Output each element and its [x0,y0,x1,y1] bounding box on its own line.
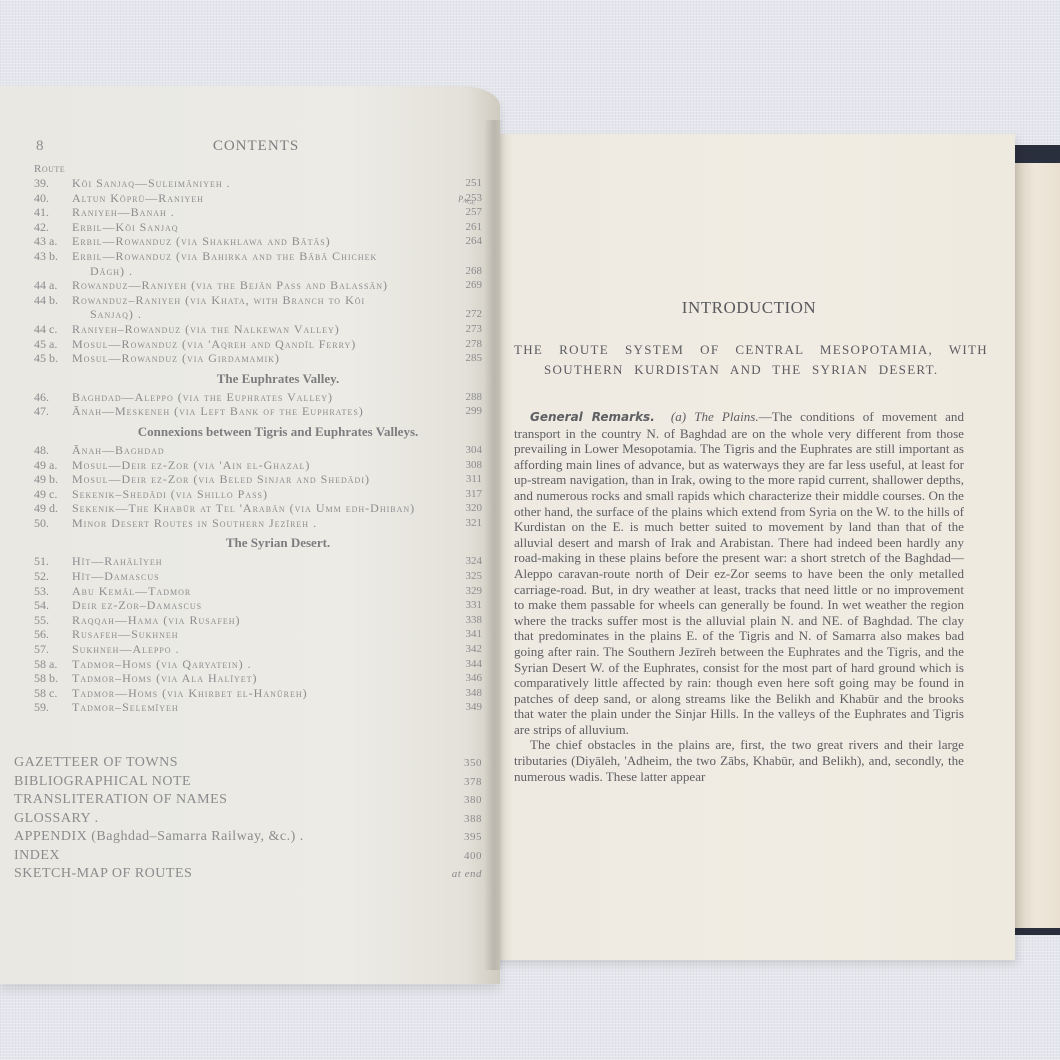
route-name: Erbil—Rowanduz (via Bahirka and the Bābā… [72,249,377,264]
back-matter-name: SKETCH-MAP OF ROUTES [14,866,192,881]
book-page-edges [1015,163,1060,928]
back-matter-entry: GLOSSARY .388 [14,810,482,829]
section-heading: THE ROUTE SYSTEM OF CENTRAL MESOPOTAMIA,… [514,340,988,380]
chapter-title: INTRODUCTION [514,298,984,318]
back-matter-name: GAZETTEER OF TOWNS [14,755,178,770]
route-number: 58 b. [34,671,70,686]
route-number: 44 b. [34,293,70,308]
route-number: 40. [34,191,70,206]
back-matter-name: APPENDIX (Baghdad–Samarra Railway, &c.) … [14,829,304,844]
page-ref: 273 [466,322,483,337]
toc-entry: 49 c.Sekenik–Shedādi (via Shillo Pass)31… [34,487,482,502]
route-number: 52. [34,569,70,584]
route-name: Rusafeh—Sukhneh [72,627,179,642]
route-name: Baghdad—Aleppo (via the Euphrates Valley… [72,390,333,405]
back-matter-name: INDEX [14,848,60,863]
route-name: Abu Kemāl—Tadmor [72,584,191,599]
route-number: 58 a. [34,657,70,672]
toc-entry: Dāgh) .268 [34,264,482,279]
toc-entry: 52.Hīt—Damascus325 [34,569,482,584]
back-matter-name: BIBLIOGRAPHICAL NOTE [14,774,191,789]
page-ref: 325 [466,569,483,584]
route-name: Sukhneh—Aleppo . [72,642,180,657]
route-number: 43 b. [34,249,70,264]
paragraph-2: The chief obstacles in the plains are, f… [514,737,964,784]
page-header: 8 CONTENTS [36,138,476,158]
page-ref: 400 [464,847,482,866]
page-ref: 261 [466,220,483,235]
page-ref: 346 [466,671,483,686]
toc-entry: 50.Minor Desert Routes in Southern Jezīr… [34,516,482,531]
route-number: 56. [34,627,70,642]
back-matter-entry: INDEX400 [14,847,482,866]
route-name: Erbil—Köi Sanjaq [72,220,179,235]
route-name: Minor Desert Routes in Southern Jezīreh … [72,516,317,531]
page-ref: 321 [466,516,483,531]
route-name: Dāgh) . [90,264,133,279]
toc-entry: 44 c.Raniyeh–Rowanduz (via the Nalkewan … [34,322,482,337]
route-name: Rowanduz–Raniyeh (via Khata, with Branch… [72,293,365,308]
route-column-label: Route [34,163,65,175]
toc-entry: 49 d.Sekenik—The Khabūr at Tel 'Arabān (… [34,501,482,516]
section-title: The Euphrates Valley. [34,366,482,390]
page-ref: 317 [466,487,483,502]
page-ref: 342 [466,642,483,657]
route-name: Altun Köprü—Raniyeh [72,191,204,206]
page-ref: 257 [466,205,483,220]
book-gutter [484,120,504,970]
toc-entry: 43 b.Erbil—Rowanduz (via Bahirka and the… [34,249,482,264]
route-number: 43 a. [34,234,70,249]
route-number: 50. [34,516,70,531]
route-number: 49 c. [34,487,70,502]
page-ref: 268 [466,264,483,279]
page-ref: 349 [466,700,483,715]
left-page: 8 CONTENTS Route Page 39.Köi Sanjaq—Sule… [0,86,500,984]
page-ref: 350 [464,754,482,773]
toc-entry: 44 b.Rowanduz–Raniyeh (via Khata, with B… [34,293,482,308]
toc-entry: 58 b.Tadmor–Homs (via Ala Halīyet)346 [34,671,482,686]
body-text: General Remarks. (a) The Plains.—The con… [514,409,964,784]
toc-entry: 41.Raniyeh—Banah .257 [34,205,482,220]
route-name: Mosul—Deir ez-Zor (via 'Ain el-Ghazal) [72,458,310,473]
route-name: Tadmor–Selemīyeh [72,700,179,715]
page-ref: 308 [466,458,483,473]
route-number: 45 b. [34,351,70,366]
route-name: Raniyeh–Rowanduz (via the Nalkewan Valle… [72,322,340,337]
page-ref: 285 [466,351,483,366]
route-name: Raniyeh—Banah . [72,205,175,220]
page-ref: 278 [466,337,483,352]
route-name: Köi Sanjaq—Suleimāniyeh . [72,176,231,191]
back-matter-entry: GAZETTEER OF TOWNS350 [14,754,482,773]
route-name: Mosul—Rowanduz (via Girdamamik) [72,351,280,366]
route-number: 44 c. [34,322,70,337]
page-ref: 264 [466,234,483,249]
paragraph-1-text: —The conditions of movement and transpor… [514,409,964,737]
page-ref: at end [452,865,482,884]
toc-entry: 48.Ānah—Baghdad304 [34,443,482,458]
paragraph-1: General Remarks. (a) The Plains.—The con… [514,409,964,737]
page-ref: 344 [466,657,483,672]
route-number: 49 b. [34,472,70,487]
toc-entry: 47.Ānah—Meskeneh (via Left Bank of the E… [34,404,482,419]
route-name: Hīt—Damascus [72,569,160,584]
route-number: 46. [34,390,70,405]
route-name: Mosul—Rowanduz (via 'Aqreh and Qandīl Fe… [72,337,356,352]
toc-entry: 59.Tadmor–Selemīyeh349 [34,700,482,715]
route-name: Sekenik—The Khabūr at Tel 'Arabān (via U… [72,501,415,516]
route-name: Tadmor–Homs (via Qaryatein) . [72,657,252,672]
section-title: The Syrian Desert. [34,530,482,554]
toc-entry: 43 a.Erbil—Rowanduz (via Shakhlawa and B… [34,234,482,249]
route-name: Ānah—Baghdad [72,443,165,458]
page-ref: 380 [464,791,482,810]
section-title: Connexions between Tigris and Euphrates … [34,419,482,443]
page-ref: 388 [464,810,482,829]
route-number: 49 a. [34,458,70,473]
toc-entry: 55.Raqqah—Hama (via Rusafeh)338 [34,613,482,628]
route-number: 59. [34,700,70,715]
page-ref: 251 [466,176,483,191]
route-number: 47. [34,404,70,419]
toc-entry: 56.Rusafeh—Sukhneh341 [34,627,482,642]
toc-entry: 42.Erbil—Köi Sanjaq261 [34,220,482,235]
back-matter-entry: SKETCH-MAP OF ROUTESat end [14,865,482,884]
route-number: 41. [34,205,70,220]
toc-entry: 45 a.Mosul—Rowanduz (via 'Aqreh and Qand… [34,337,482,352]
page-ref: 288 [466,390,483,405]
toc-entry: 54.Deir ez-Zor–Damascus331 [34,598,482,613]
toc-entry: Sanjaq) .272 [34,307,482,322]
page-ref: 329 [466,584,483,599]
route-number: 42. [34,220,70,235]
page-ref: 299 [466,404,483,419]
table-of-contents: 8 CONTENTS Route Page 39.Köi Sanjaq—Sule… [0,86,500,984]
route-number: 54. [34,598,70,613]
route-name: Sekenik–Shedādi (via Shillo Pass) [72,487,268,502]
toc-entry: 51.Hīt—Rahālīyeh324 [34,554,482,569]
route-name: Mosul—Deir ez-Zor (via Beled Sinjar and … [72,472,370,487]
page-ref: 272 [466,307,483,322]
route-name: Sanjaq) . [90,307,142,322]
route-number: 45 a. [34,337,70,352]
page-ref: 324 [466,554,483,569]
back-matter-entry: APPENDIX (Baghdad–Samarra Railway, &c.) … [14,828,482,847]
route-number: 55. [34,613,70,628]
back-matter: GAZETTEER OF TOWNS350BIBLIOGRAPHICAL NOT… [14,754,482,884]
lead-label: General Remarks. [530,410,655,424]
route-name: Raqqah—Hama (via Rusafeh) [72,613,241,628]
toc-entry: 46.Baghdad—Aleppo (via the Euphrates Val… [34,390,482,405]
route-number: 49 d. [34,501,70,516]
back-matter-name: GLOSSARY . [14,811,99,826]
toc-entry: 44 a.Rowanduz—Raniyeh (via the Bejān Pas… [34,278,482,293]
page-ref: 320 [466,501,483,516]
toc-entry: 57.Sukhneh—Aleppo .342 [34,642,482,657]
route-number: 44 a. [34,278,70,293]
route-name: Tadmor–Homs (via Ala Halīyet) [72,671,258,686]
page-ref: 331 [466,598,483,613]
back-matter-name: TRANSLITERATION OF NAMES [14,792,227,807]
toc-entry: 58 a.Tadmor–Homs (via Qaryatein) .344 [34,657,482,672]
toc-entry: 53.Abu Kemāl—Tadmor329 [34,584,482,599]
route-number: 58 c. [34,686,70,701]
toc-entry: 49 a.Mosul—Deir ez-Zor (via 'Ain el-Ghaz… [34,458,482,473]
toc-entry: 58 c.Tadmor—Homs (via Khirbet el-Hanūreh… [34,686,482,701]
route-name: Ānah—Meskeneh (via Left Bank of the Euph… [72,404,364,419]
page-ref: 395 [464,828,482,847]
toc-entries: 39.Köi Sanjaq—Suleimāniyeh .25140.Altun … [34,176,482,715]
subhead: (a) The Plains. [671,409,759,424]
page-ref: 253 [466,191,483,206]
route-number: 57. [34,642,70,657]
route-number: 48. [34,443,70,458]
route-name: Hīt—Rahālīyeh [72,554,163,569]
running-title: CONTENTS [36,138,476,155]
toc-entry: 49 b.Mosul—Deir ez-Zor (via Beled Sinjar… [34,472,482,487]
route-number: 53. [34,584,70,599]
right-page: INTRODUCTION THE ROUTE SYSTEM OF CENTRAL… [492,134,1015,960]
page-ref: 341 [466,627,483,642]
back-matter-entry: TRANSLITERATION OF NAMES380 [14,791,482,810]
page-ref: 348 [466,686,483,701]
page-ref: 338 [466,613,483,628]
route-number: 51. [34,554,70,569]
route-name: Tadmor—Homs (via Khirbet el-Hanūreh) [72,686,308,701]
toc-entry: 45 b.Mosul—Rowanduz (via Girdamamik)285 [34,351,482,366]
route-name: Erbil—Rowanduz (via Shakhlawa and Bātās) [72,234,331,249]
toc-entry: 39.Köi Sanjaq—Suleimāniyeh .251 [34,176,482,191]
page-ref: 304 [466,443,483,458]
route-name: Deir ez-Zor–Damascus [72,598,202,613]
toc-entry: 40.Altun Köprü—Raniyeh253 [34,191,482,206]
page-ref: 269 [466,278,483,293]
page-ref: 311 [466,472,482,487]
back-matter-entry: BIBLIOGRAPHICAL NOTE378 [14,773,482,792]
route-name: Rowanduz—Raniyeh (via the Bejān Pass and… [72,278,388,293]
page-ref: 378 [464,773,482,792]
route-number: 39. [34,176,70,191]
